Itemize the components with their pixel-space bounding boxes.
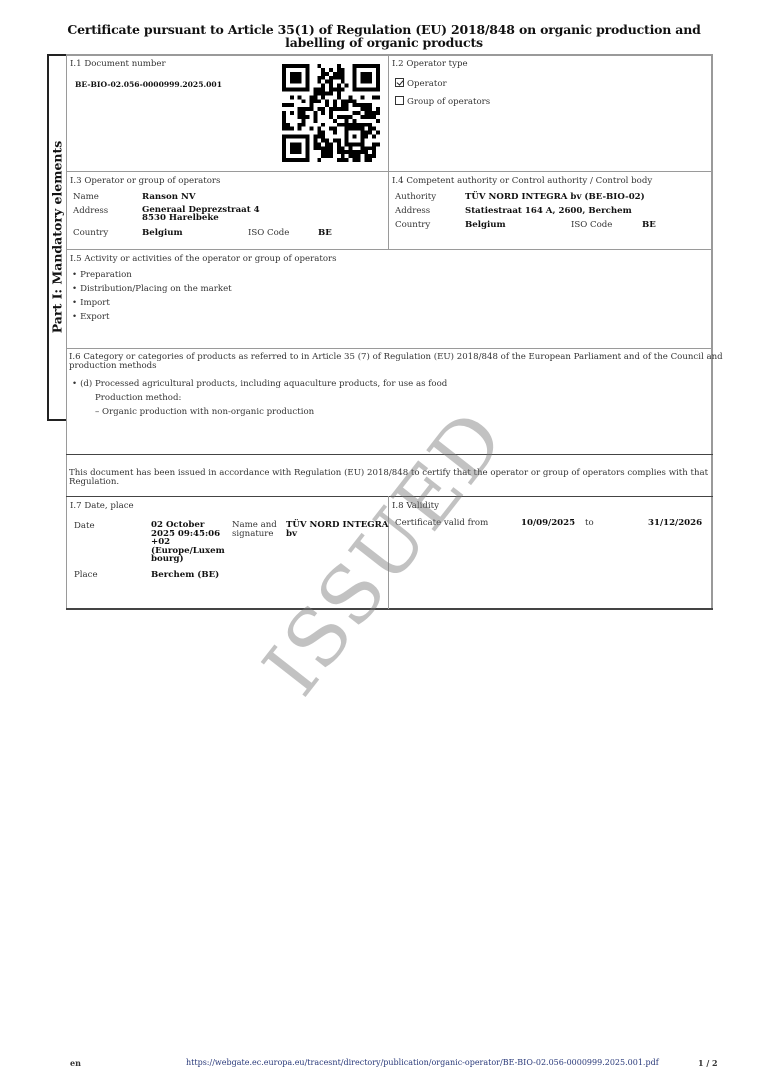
- footer-url-link[interactable]: https://webgate.ec.europa.eu/tracesnt/di…: [186, 1058, 659, 1067]
- section-heading: I.2 Operator type: [392, 59, 468, 69]
- table-bottom-border: [66, 608, 713, 610]
- checkbox-label: Operator: [407, 79, 447, 89]
- field-label: Authority: [395, 192, 436, 202]
- field-label: signature: [232, 530, 274, 539]
- authority-name: TÜV NORD INTEGRA bv (BE-BIO-02): [465, 192, 645, 202]
- operator-iso: BE: [318, 228, 332, 238]
- category-item: (d) Processed agricultural products, inc…: [72, 379, 447, 389]
- authority-address: Statiestraat 164 A, 2600, Berchem: [465, 206, 632, 216]
- checkbox-label: Group of operators: [407, 97, 490, 107]
- issue-place: Berchem (BE): [151, 570, 219, 580]
- part-label: Part I: Mandatory elements: [50, 141, 65, 334]
- certificate-title: Certificate pursuant to Article 35(1) of…: [40, 23, 728, 49]
- field-label: Address: [395, 206, 430, 216]
- field-label: Name: [73, 192, 99, 202]
- section-date-place: I.7 Date, place Date 02 October 2025 09:…: [67, 497, 388, 608]
- production-method-label: Production method:: [95, 393, 181, 403]
- section-heading: I.8 Validity: [392, 501, 439, 511]
- activity-item: Distribution/Placing on the market: [72, 284, 232, 294]
- section-product-categories: I.6 Category or categories of products a…: [67, 349, 711, 454]
- field-label: to: [585, 518, 594, 528]
- statement-line: Regulation.: [69, 478, 119, 487]
- section-heading: I.1 Document number: [70, 59, 166, 69]
- field-label: Certificate valid from: [395, 518, 488, 528]
- section-authority: I.4 Competent authority or Control autho…: [389, 172, 711, 249]
- compliance-statement: This document has been issued in accorda…: [67, 455, 711, 496]
- signatory-line: bv: [286, 530, 297, 539]
- activity-item: Preparation: [72, 270, 132, 280]
- activity-item: Import: [72, 298, 110, 308]
- valid-from-date: 10/09/2025: [521, 518, 575, 528]
- operator-country: Belgium: [142, 228, 183, 238]
- field-label: ISO Code: [571, 220, 612, 230]
- production-method: – Organic production with non-organic pr…: [95, 407, 314, 417]
- footer-page-number: 1 / 2: [698, 1058, 718, 1068]
- operator-checkbox-row[interactable]: Operator: [395, 78, 447, 89]
- document-number: BE-BIO-02.056-0000999.2025.001: [75, 80, 222, 90]
- authority-country: Belgium: [465, 220, 506, 230]
- operator-address-line2: 8530 Harelbeke: [142, 214, 219, 223]
- field-label: ISO Code: [248, 228, 289, 238]
- section-heading: I.4 Competent authority or Control autho…: [392, 176, 652, 186]
- section-validity: I.8 Validity Certificate valid from 10/0…: [389, 497, 711, 608]
- section-heading: I.7 Date, place: [70, 501, 134, 511]
- authority-iso: BE: [642, 220, 656, 230]
- group-checkbox-row[interactable]: Group of operators: [395, 96, 490, 107]
- signatory-line: TÜV NORD INTEGRA: [286, 521, 388, 530]
- activity-item: Export: [72, 312, 109, 322]
- qr-code-icon: [282, 64, 380, 162]
- issue-date-line: bourg): [151, 555, 184, 564]
- section-activities: I.5 Activity or activities of the operat…: [67, 250, 711, 348]
- operator-name: Ranson NV: [142, 192, 196, 202]
- section-heading: I.6 Category or categories of products a…: [69, 353, 723, 362]
- section-operator: I.3 Operator or group of operators Name …: [67, 172, 388, 249]
- section-operator-type: I.2 Operator type Operator Group of oper…: [389, 55, 711, 171]
- field-label: Date: [74, 521, 95, 531]
- field-label: Address: [73, 206, 108, 216]
- field-label: Country: [73, 228, 108, 238]
- statement-line: This document has been issued in accorda…: [69, 469, 708, 478]
- table-right-border: [711, 54, 713, 610]
- footer-language: en: [70, 1058, 81, 1068]
- valid-to-date: 31/12/2026: [648, 518, 702, 528]
- checkbox-checked-icon[interactable]: [395, 78, 404, 87]
- field-label: Country: [395, 220, 430, 230]
- checkbox-unchecked-icon[interactable]: [395, 96, 404, 105]
- section-heading-cont: production methods: [69, 362, 157, 371]
- section-heading: I.5 Activity or activities of the operat…: [70, 254, 337, 264]
- field-label: Place: [74, 570, 98, 580]
- section-heading: I.3 Operator or group of operators: [70, 176, 220, 186]
